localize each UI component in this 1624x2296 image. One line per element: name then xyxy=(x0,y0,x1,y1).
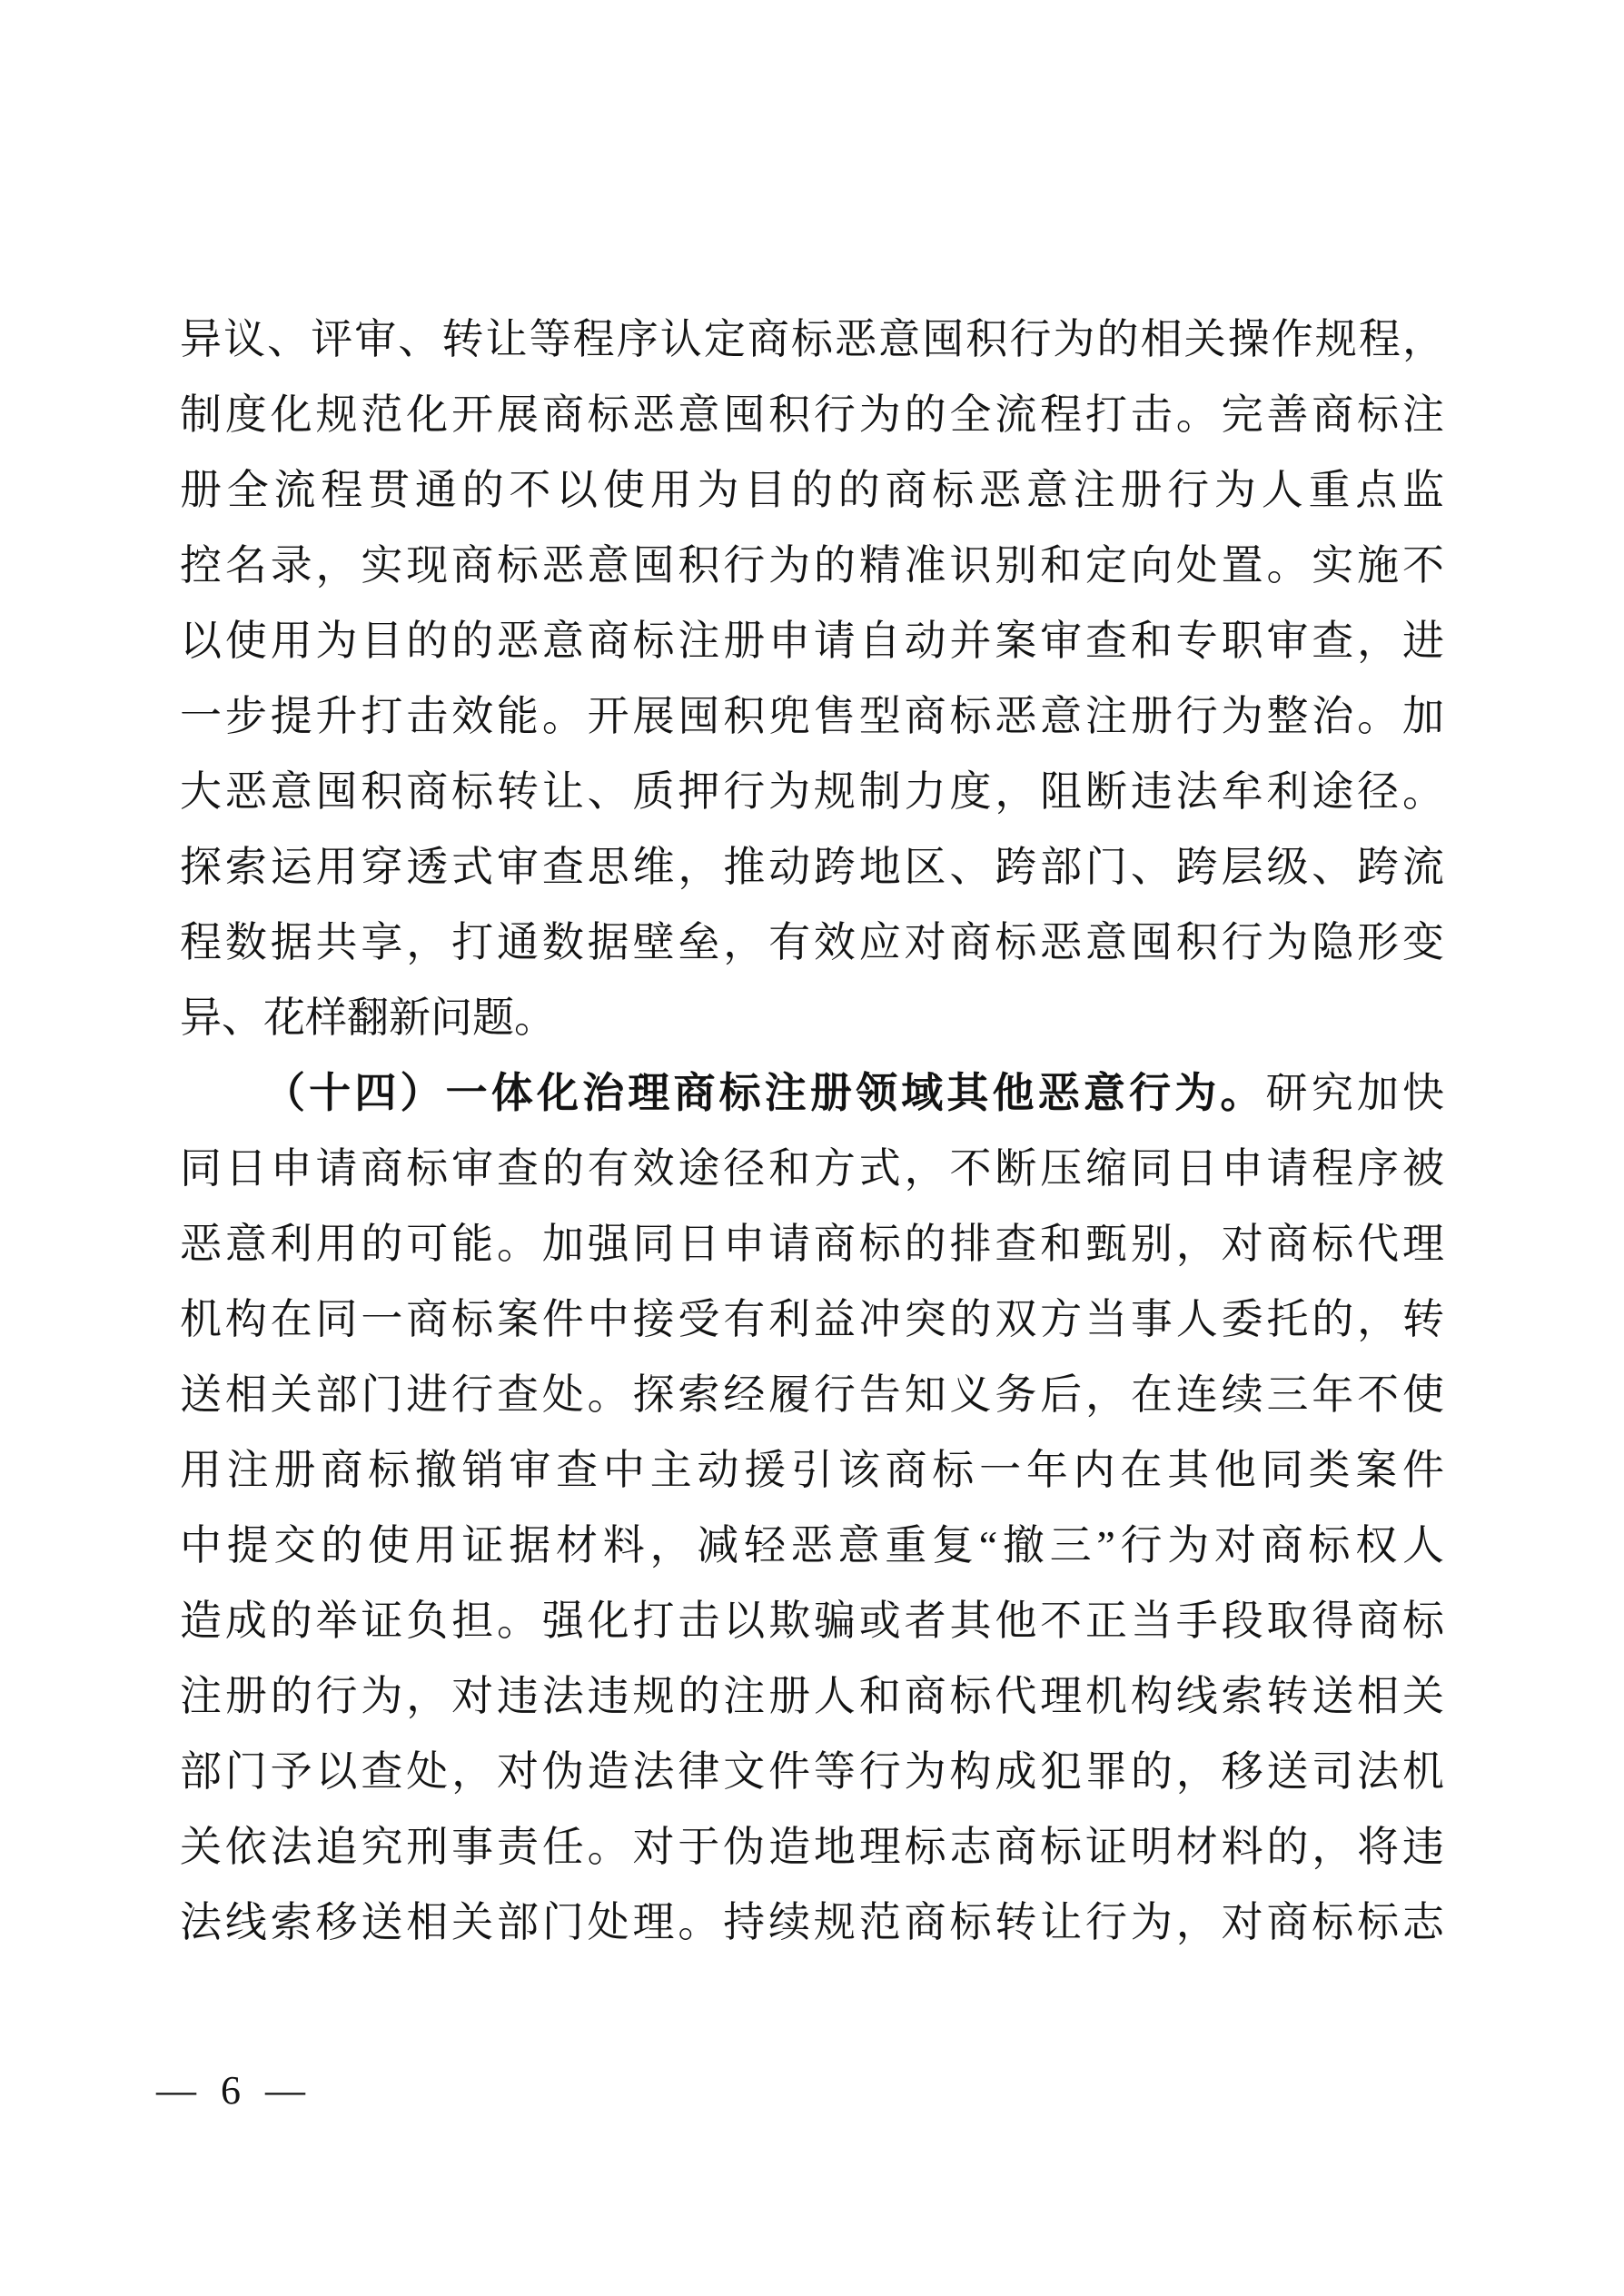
text-line: 恶意利用的可能。加强同日申请商标的排查和甄别，对商标代理 xyxy=(180,1206,1444,1282)
document-page: 异议、评审、转让等程序认定商标恶意囤积行为的相关操作规程， 制度化规范化开展商标… xyxy=(0,0,1624,2296)
text-line: 用注册商标撤销审查中主动援引该商标一年内在其他同类案件 xyxy=(180,1432,1444,1508)
text-line: 大恶意囤积商标转让、质押行为规制力度，阻断违法牟利途径。 xyxy=(180,754,1444,829)
text-line: 同日申请商标审查的有效途径和方式，不断压缩同日申请程序被 xyxy=(180,1131,1444,1206)
paragraph-14: （十四）一体化治理商标注册领域其他恶意行为。研究加快 同日申请商标审查的有效途径… xyxy=(180,1055,1444,1960)
text-line: 程数据共享，打通数据壁垒，有效应对商标恶意囤积行为隐形变 xyxy=(180,905,1444,980)
text-line: 造成的举证负担。强化打击以欺骗或者其他不正当手段取得商标 xyxy=(180,1583,1444,1658)
text-line: 送相关部门进行查处。探索经履行告知义务后，在连续三年不使 xyxy=(180,1357,1444,1432)
text-line: 注册的行为，对违法违规的注册人和商标代理机构线索转送相关 xyxy=(180,1658,1444,1734)
text-line: 控名录，实现商标恶意囤积行为的精准识别和定向处置。实施不 xyxy=(180,528,1444,603)
text-line: 法线索移送相关部门处理。持续规范商标转让行为，对商标标志 xyxy=(180,1885,1444,1960)
text-line: 制度化规范化开展商标恶意囤积行为的全流程打击。完善商标注 xyxy=(180,377,1444,452)
paragraph-heading: （十四）一体化治理商标注册领域其他恶意行为。 xyxy=(263,1070,1266,1116)
text-line: 异议、评审、转让等程序认定商标恶意囤积行为的相关操作规程， xyxy=(180,302,1444,377)
text-line: 一步提升打击效能。开展囤积兜售型商标恶意注册行为整治。加 xyxy=(180,678,1444,754)
text-line: 以使用为目的的恶意商标注册申请自动并案审查和专职审查，进 xyxy=(180,603,1444,678)
text-line: 部门予以查处，对伪造法律文件等行为构成犯罪的，移送司法机 xyxy=(180,1734,1444,1809)
text-line: 册全流程贯通的不以使用为目的的商标恶意注册行为人重点监 xyxy=(180,452,1444,528)
page-number: — 6 — xyxy=(156,2063,312,2118)
paragraph-continuation: 异议、评审、转让等程序认定商标恶意囤积行为的相关操作规程， 制度化规范化开展商标… xyxy=(180,302,1444,1055)
paragraph-heading-continuation: 研究加快 xyxy=(1266,1070,1444,1116)
text-line: 异、花样翻新问题。 xyxy=(180,980,1444,1055)
text-line: 探索运用穿透式审查思维，推动跨地区、跨部门、跨层级、跨流 xyxy=(180,829,1444,905)
text-line: 机构在同一商标案件中接受有利益冲突的双方当事人委托的，转 xyxy=(180,1282,1444,1357)
text-line: 中提交的使用证据材料，减轻恶意重复“撤三”行为对商标权人 xyxy=(180,1508,1444,1583)
body-text: 异议、评审、转让等程序认定商标恶意囤积行为的相关操作规程， 制度化规范化开展商标… xyxy=(180,302,1444,1960)
paragraph-heading-line: （十四）一体化治理商标注册领域其他恶意行为。研究加快 xyxy=(180,1055,1444,1131)
text-line: 关依法追究刑事责任。对于伪造地理标志商标证明材料的，将违 xyxy=(180,1809,1444,1885)
